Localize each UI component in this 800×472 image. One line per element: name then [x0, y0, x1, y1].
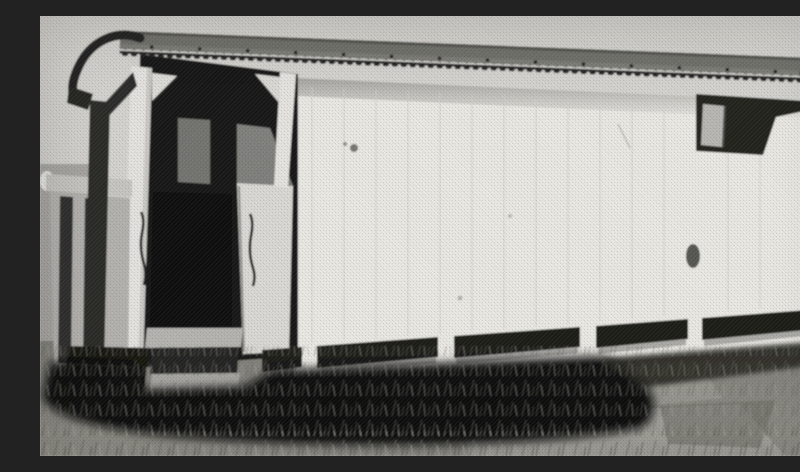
scene-root [40, 16, 800, 456]
wall-speck [343, 142, 347, 146]
wall-speck [458, 296, 463, 301]
railing-baluster [58, 196, 73, 364]
step-tread-top [145, 328, 243, 348]
dark-smudge [686, 244, 700, 268]
open-doorway [150, 192, 232, 332]
interior-wall-patch [178, 118, 210, 184]
photograph [40, 16, 800, 456]
wall-speck [508, 214, 512, 218]
grass-texture-front [40, 431, 800, 456]
sliding-door [237, 183, 293, 354]
photo-scene [40, 16, 800, 456]
wall-speck [350, 144, 358, 152]
window-sash [701, 104, 724, 147]
